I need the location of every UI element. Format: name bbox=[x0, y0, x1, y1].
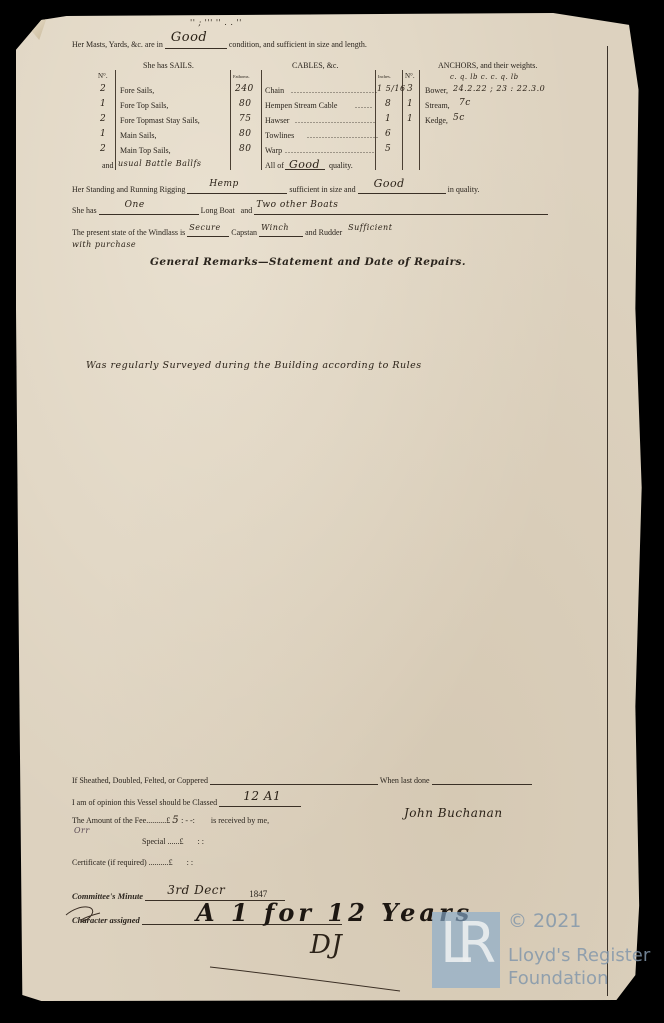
cable-inches: 1 bbox=[385, 114, 391, 124]
rigging-label: Her Standing and Running Rigging bbox=[72, 185, 185, 194]
long-boat-value: One bbox=[125, 200, 145, 210]
rigging-material-value: Hemp bbox=[209, 179, 238, 189]
sails-no-header: N°. bbox=[98, 72, 108, 80]
certificate-label: Certificate (if required) ..........£ bbox=[72, 858, 173, 867]
sheathed-label: If Sheathed, Doubled, Felted, or Coppere… bbox=[72, 776, 208, 785]
surveyor-signature: John Buchanan bbox=[404, 806, 503, 820]
certificate-line: Certificate (if required) ..........£ : … bbox=[72, 858, 193, 867]
rigging-size-label: sufficient in size and bbox=[289, 185, 355, 194]
watermark-copyright: © 2021 bbox=[508, 910, 581, 932]
rigging-quality-label: in quality. bbox=[448, 185, 480, 194]
cable-fathoms: 80 bbox=[239, 129, 251, 139]
last-done-field bbox=[432, 774, 532, 785]
cable-row: 80 Hempen Stream Cable ...... 8 bbox=[231, 99, 403, 114]
classed-value: 12 A1 bbox=[243, 789, 281, 803]
lr-logo: LR bbox=[432, 912, 500, 988]
anchor-row: 1 Stream, 7c bbox=[403, 99, 603, 114]
sail-name: Fore Top Sails, bbox=[120, 101, 168, 110]
cable-fathoms: 80 bbox=[239, 99, 251, 109]
cable-name: Hempen Stream Cable bbox=[265, 101, 337, 110]
anchor-count: 1 bbox=[407, 114, 413, 124]
last-done-label: When last done bbox=[380, 776, 430, 785]
sails-table: 2 Fore Sails, 1 Fore Top Sails, 2 Fore T… bbox=[96, 84, 231, 174]
cable-inches: 6 bbox=[385, 129, 391, 139]
inches-header: Inches. bbox=[378, 74, 391, 79]
sheathed-line: If Sheathed, Doubled, Felted, or Coppere… bbox=[72, 774, 532, 785]
all-of-value: Good bbox=[289, 158, 320, 171]
top-pencil-marks: '' ; ''' '' . . '' bbox=[190, 18, 242, 27]
sail-name: Main Top Sails, bbox=[120, 146, 171, 155]
masts-value: Good bbox=[171, 30, 207, 45]
anchor-name: Bower, bbox=[425, 86, 448, 95]
special-label: Special ......£ bbox=[142, 837, 184, 846]
all-of-label: All of bbox=[265, 161, 284, 170]
windlass-value: Secure bbox=[189, 223, 220, 232]
cable-name: Warp bbox=[265, 146, 282, 155]
rudder-label: and Rudder bbox=[305, 228, 342, 237]
anchors-table: 3 Bower, 24.2.22 ; 23 : 22.3.0 1 Stream,… bbox=[403, 84, 603, 129]
sail-count: 1 bbox=[100, 129, 106, 139]
anchor-name: Stream, bbox=[425, 101, 450, 110]
anchor-count: 1 bbox=[407, 99, 413, 109]
rudder-value: Sufficient bbox=[348, 223, 392, 232]
cable-name: Hawser bbox=[265, 116, 289, 125]
masts-field: Good bbox=[165, 38, 227, 49]
anchor-weight: 5c bbox=[453, 113, 465, 123]
sheathed-field bbox=[210, 774, 378, 785]
sail-name: Fore Topmast Stay Sails, bbox=[120, 116, 200, 125]
sails-title: She has SAILS. bbox=[143, 61, 194, 70]
leader-dots: ............................. bbox=[291, 86, 378, 95]
cables-table: 240 Chain ............................. … bbox=[231, 84, 403, 174]
sails-and-value: usual Battle Ballfs bbox=[118, 159, 202, 168]
long-boat-field: One bbox=[99, 204, 199, 215]
leader-dots: .............................. bbox=[285, 146, 375, 155]
leader-dots: ...... bbox=[355, 101, 373, 110]
cable-inches: 5 bbox=[385, 144, 391, 154]
sail-count: 2 bbox=[100, 144, 106, 154]
sail-count: 2 bbox=[100, 84, 106, 94]
cable-row: 80 Warp .............................. 5 bbox=[231, 144, 403, 159]
cable-name: Chain bbox=[265, 86, 284, 95]
cable-row: 75 Hawser ........................... 1 bbox=[231, 114, 403, 129]
sails-row: 1 Fore Top Sails, bbox=[96, 99, 231, 114]
fee-value: 5 bbox=[172, 815, 179, 826]
cables-title: CABLES, &c. bbox=[292, 61, 338, 70]
windlass-label: The present state of the Windlass is bbox=[72, 228, 185, 237]
anchor-row: 1 Kedge, 5c bbox=[403, 114, 603, 129]
boats-and-label: and bbox=[241, 206, 253, 215]
capstan-value: Winch bbox=[261, 223, 289, 232]
special-line: Special ......£ : : bbox=[142, 837, 204, 846]
special-separators: : : bbox=[198, 837, 204, 846]
rigging-line: Her Standing and Running Rigging Hemp su… bbox=[72, 183, 480, 194]
long-boat-label: Long Boat bbox=[201, 206, 235, 215]
cables-all-of-row: All of Good quality. bbox=[231, 159, 403, 174]
anchors-no-header: N°. bbox=[405, 72, 415, 80]
received-label: is received by me, bbox=[211, 816, 269, 825]
leader-dots: ........................... bbox=[295, 116, 376, 125]
classed-label: I am of opinion this Vessel should be Cl… bbox=[72, 798, 217, 807]
right-margin-rule bbox=[607, 46, 608, 996]
fee-label: The Amount of the Fee..........£ bbox=[72, 816, 170, 825]
anchor-row: 3 Bower, 24.2.22 ; 23 : 22.3.0 bbox=[403, 84, 603, 99]
quality-label: quality. bbox=[329, 161, 353, 170]
fee-margin-note: Orr bbox=[74, 826, 90, 835]
fee-line: The Amount of the Fee..........£ 5 : - -… bbox=[72, 815, 269, 826]
certificate-separators: : : bbox=[187, 858, 193, 867]
capstan-label: Capstan bbox=[231, 228, 257, 237]
leader-dots: ........................ bbox=[307, 131, 379, 140]
cable-name: Towlines bbox=[265, 131, 294, 140]
rigging-quality-field: Good bbox=[358, 183, 446, 194]
signature-flourishes bbox=[60, 895, 480, 995]
anchor-weight: 24.2.22 ; 23 : 22.3.0 bbox=[453, 84, 545, 93]
classed-line: I am of opinion this Vessel should be Cl… bbox=[72, 796, 301, 807]
anchor-weight-units: c. q. lb c. c. q. lb bbox=[450, 73, 519, 81]
anchor-count: 3 bbox=[407, 84, 413, 94]
rigging-material-field: Hemp bbox=[187, 183, 287, 194]
sail-name: Main Sails, bbox=[120, 131, 156, 140]
sails-and-row: and usual Battle Ballfs bbox=[96, 159, 231, 174]
anchors-title: ANCHORS, and their weights. bbox=[438, 61, 537, 70]
windlass-line: The present state of the Windlass is Sec… bbox=[72, 226, 404, 237]
classed-field: 12 A1 bbox=[219, 796, 301, 807]
watermark-org-line1: Lloyd's Register bbox=[508, 945, 650, 966]
lr-logo-letters: LR bbox=[440, 916, 482, 972]
cable-fathoms: 80 bbox=[239, 144, 251, 154]
fathoms-header: Fathoms. bbox=[233, 74, 250, 79]
sail-count: 1 bbox=[100, 99, 106, 109]
sails-row: 2 Fore Sails, bbox=[96, 84, 231, 99]
sails-row: 1 Main Sails, bbox=[96, 129, 231, 144]
cable-inches: 1 5/16 bbox=[377, 84, 406, 93]
cable-row: 80 Towlines ........................ 6 bbox=[231, 129, 403, 144]
other-boats-field: Two other Boats bbox=[254, 204, 548, 215]
anchor-weight: 7c bbox=[459, 98, 471, 108]
sails-and-label: and bbox=[102, 161, 114, 170]
sails-row: 2 Fore Topmast Stay Sails, bbox=[96, 114, 231, 129]
sails-row: 2 Main Top Sails, bbox=[96, 144, 231, 159]
sail-count: 2 bbox=[100, 114, 106, 124]
cable-inches: 8 bbox=[385, 99, 391, 109]
cable-fathoms: 75 bbox=[239, 114, 251, 124]
anchor-name: Kedge, bbox=[425, 116, 448, 125]
masts-line: Her Masts, Yards, &c. are in Good condit… bbox=[72, 38, 367, 49]
cable-fathoms: 240 bbox=[235, 84, 254, 94]
rigging-quality-value: Good bbox=[374, 177, 405, 190]
sail-name: Fore Sails, bbox=[120, 86, 154, 95]
other-boats-value: Two other Boats bbox=[256, 200, 338, 210]
cable-row: 240 Chain ............................. … bbox=[231, 84, 403, 99]
remarks-text: Was regularly Surveyed during the Buildi… bbox=[86, 360, 422, 371]
boats-line: She has One Long Boat and Two other Boat… bbox=[72, 204, 548, 215]
boats-label: She has bbox=[72, 206, 97, 215]
rudder-field: Sufficient bbox=[344, 226, 404, 237]
windlass-field: Secure bbox=[187, 226, 229, 237]
windlass-continuation: with purchase bbox=[72, 240, 136, 249]
capstan-field: Winch bbox=[259, 226, 303, 237]
fee-separators: : - -: bbox=[181, 816, 195, 825]
masts-label: Her Masts, Yards, &c. are in bbox=[72, 40, 163, 49]
remarks-title: General Remarks—Statement and Date of Re… bbox=[150, 256, 466, 268]
masts-label-tail: condition, and sufficient in size and le… bbox=[229, 40, 367, 49]
watermark-org-line2: Foundation bbox=[508, 968, 608, 989]
